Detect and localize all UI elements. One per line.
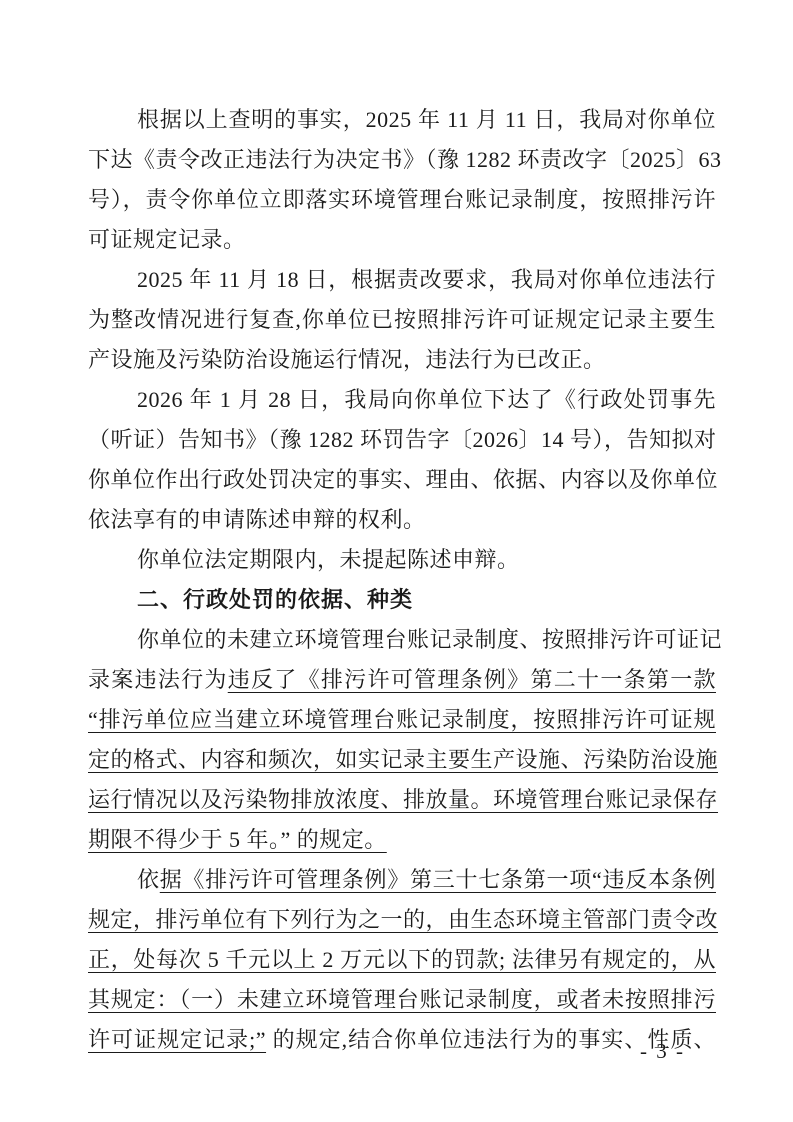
text-line: 号），责令你单位立即落实环境管理台账记录制度，按照排污许 — [88, 180, 716, 220]
text-run: 产设施及污染防治设施运行情况，违法行为已改正。 — [88, 347, 606, 372]
text-line: 你单位作出行政处罚决定的事实、理由、依据、内容以及你单位 — [88, 460, 716, 500]
underlined-text-run: “排污单位应当建立环境管理台账记录制度，按照排污许可证规 — [88, 707, 716, 732]
text-line: 许可证规定记录;” 的规定,结合你单位违法行为的事实、性质、 — [88, 1020, 716, 1060]
text-line: 根据以上查明的事实，2025 年 11 月 11 日，我局对你单位 — [88, 100, 716, 140]
text-line: 2026 年 1 月 28 日，我局向你单位下达了《行政处罚事先 — [88, 380, 716, 420]
text-run: 2025 年 11 月 18 日，根据责改要求，我局对你单位违法行 — [137, 267, 716, 292]
underlined-text-run: 定的格式、内容和频次，如实记录主要生产设施、污染防治设施 — [88, 747, 718, 772]
text-line: 依法享有的申请陈述申辩的权利。 — [88, 500, 716, 540]
document-body: 根据以上查明的事实，2025 年 11 月 11 日，我局对你单位 下达《责令改… — [88, 100, 716, 1060]
text-run: 你单位作出行政处罚决定的事实、理由、依据、内容以及你单位 — [88, 467, 718, 492]
text-run: 录案违法行为 — [88, 667, 228, 692]
underlined-text-run: 运行情况以及污染物排放浓度、排放量。环境管理台账记录保存 — [88, 787, 718, 812]
text-line: “排污单位应当建立环境管理台账记录制度，按照排污许可证规 — [88, 700, 716, 740]
section-heading-text: 二、行政处罚的依据、种类 — [137, 587, 413, 612]
text-run: 为整改情况进行复查,你单位已按照排污许可证规定记录主要生 — [88, 307, 716, 332]
text-run: 依法享有的申请陈述申辩的权利。 — [88, 507, 426, 532]
section-heading: 二、行政处罚的依据、种类 — [88, 580, 716, 620]
underlined-text-run: 正，处每次 5 千元以上 2 万元以下的罚款; 法律另有规定的，从 — [88, 947, 716, 972]
text-line: 定的格式、内容和频次，如实记录主要生产设施、污染防治设施 — [88, 740, 716, 780]
text-line: 运行情况以及污染物排放浓度、排放量。环境管理台账记录保存 — [88, 780, 716, 820]
text-line: （听证）告知书》（豫 1282 环罚告字〔2026〕14 号），告知拟对 — [88, 420, 716, 460]
text-run: 你单位法定期限内，未提起陈述申辩。 — [137, 547, 520, 572]
text-run: 你单位的未建立环境管理台账记录制度、按照排污许可证记 — [137, 627, 722, 652]
underlined-text-run: 据《排污许可管理条例》第三十七条第一项“违反本条例 — [160, 867, 716, 892]
text-run: 号），责令你单位立即落实环境管理台账记录制度，按照排污许 — [88, 187, 716, 212]
text-line: 正，处每次 5 千元以上 2 万元以下的罚款; 法律另有规定的，从 — [88, 940, 716, 980]
underlined-text-run: 违反了《排污许可管理条例》第二十一条第一款 — [228, 667, 716, 692]
text-line: 可证规定记录。 — [88, 220, 716, 260]
text-run: 下达《责令改正违法行为决定书》（豫 1282 环责改字〔2025〕63 — [88, 147, 722, 172]
text-run: 依 — [137, 867, 160, 892]
text-line: 你单位的未建立环境管理台账记录制度、按照排污许可证记 — [88, 620, 716, 660]
text-run: （听证）告知书》（豫 1282 环罚告字〔2026〕14 号），告知拟对 — [88, 427, 717, 452]
text-line: 录案违法行为违反了《排污许可管理条例》第二十一条第一款 — [88, 660, 716, 700]
underlined-text-run: 规定，排污单位有下列行为之一的，由生态环境主管部门责令改 — [88, 907, 718, 932]
text-run: 2026 年 1 月 28 日，我局向你单位下达了《行政处罚事先 — [137, 387, 716, 412]
text-line: 产设施及污染防治设施运行情况，违法行为已改正。 — [88, 340, 716, 380]
text-run: 根据以上查明的事实，2025 年 11 月 11 日，我局对你单位 — [137, 107, 716, 132]
text-line: 其规定：（一）未建立环境管理台账记录制度，或者未按照排污 — [88, 980, 716, 1020]
page-number: - 3 - — [640, 1038, 685, 1064]
document-page: 根据以上查明的事实，2025 年 11 月 11 日，我局对你单位 下达《责令改… — [0, 0, 793, 1122]
text-line: 2025 年 11 月 18 日，根据责改要求，我局对你单位违法行 — [88, 260, 716, 300]
text-run: 可证规定记录。 — [88, 227, 246, 252]
text-line: 下达《责令改正违法行为决定书》（豫 1282 环责改字〔2025〕63 — [88, 140, 716, 180]
text-line: 为整改情况进行复查,你单位已按照排污许可证规定记录主要生 — [88, 300, 716, 340]
text-line: 你单位法定期限内，未提起陈述申辩。 — [88, 540, 716, 580]
text-line: 期限不得少于 5 年。” 的规定。 — [88, 820, 716, 860]
text-line: 依据《排污许可管理条例》第三十七条第一项“违反本条例 — [88, 860, 716, 900]
underlined-text-run: 其规定：（一）未建立环境管理台账记录制度，或者未按照排污 — [88, 987, 716, 1012]
underlined-text-run: 许可证规定记录;” — [88, 1027, 266, 1052]
underlined-text-run: 期限不得少于 5 年。” 的规定。 — [88, 827, 387, 852]
text-line: 规定，排污单位有下列行为之一的，由生态环境主管部门责令改 — [88, 900, 716, 940]
